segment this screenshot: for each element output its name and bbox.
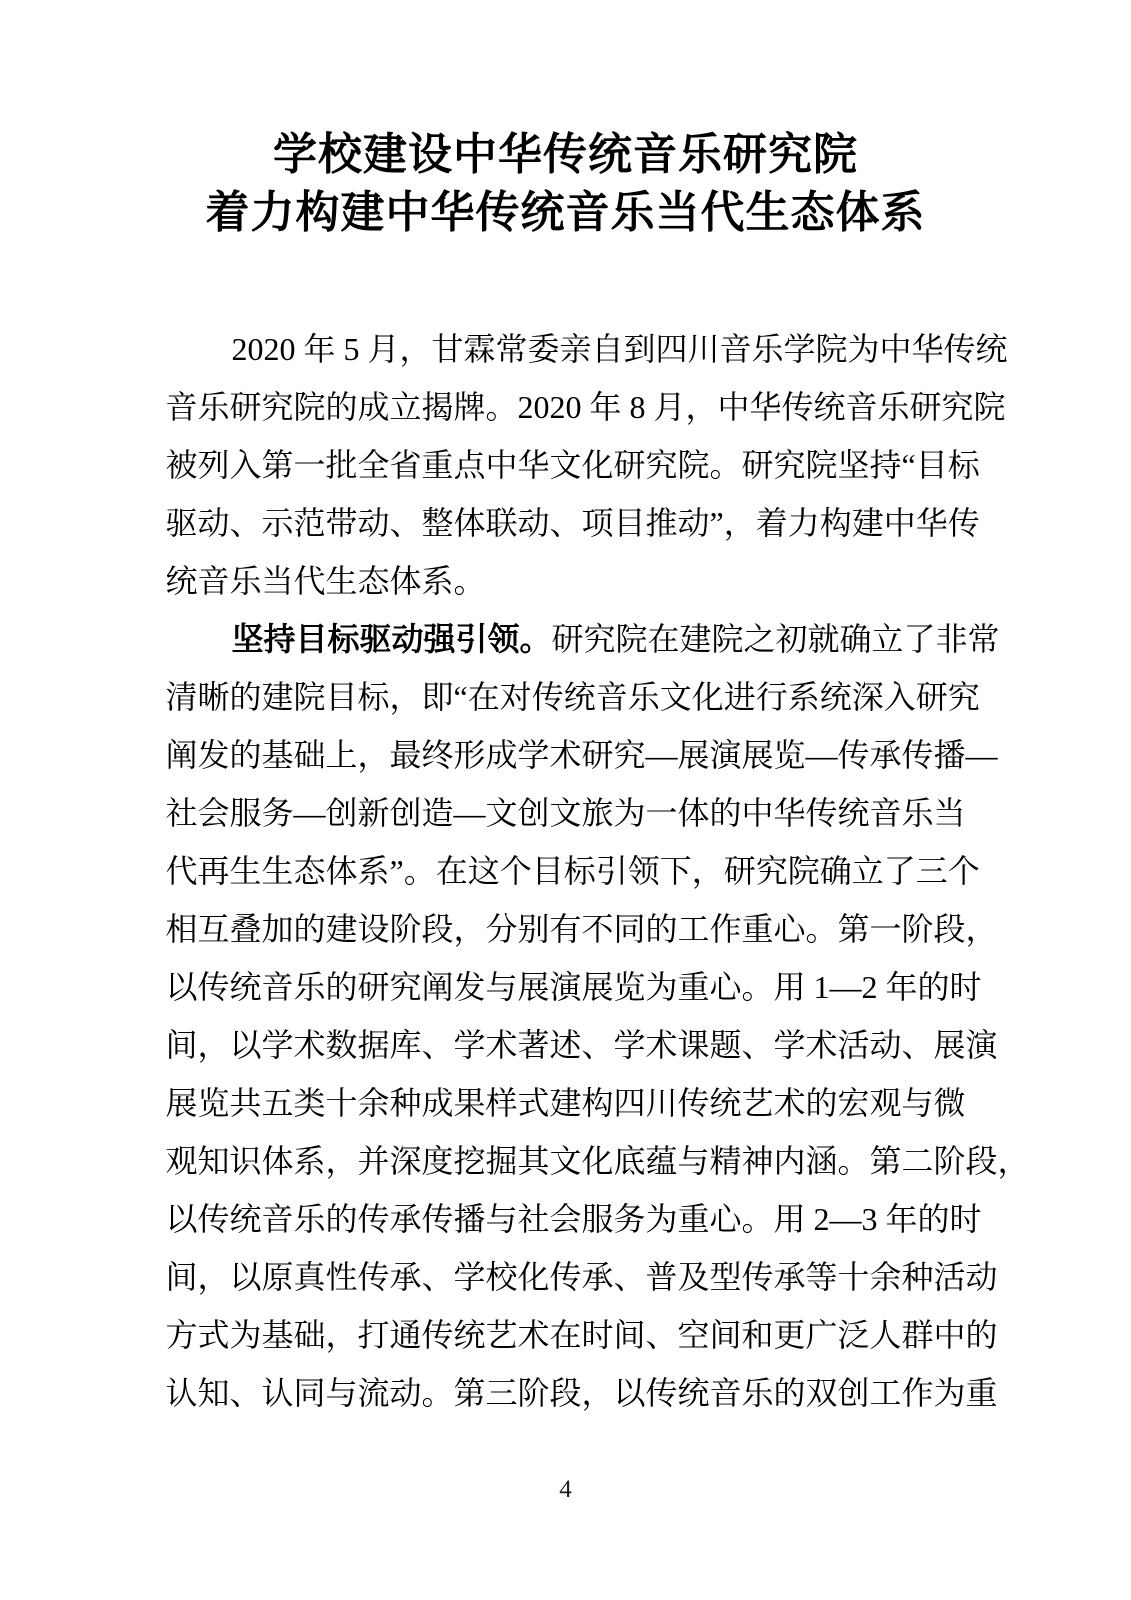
body-line: 观知识体系，并深度挖掘其文化底蕴与精神内涵。第二阶段， — [166, 1132, 966, 1190]
paragraph-lead-bold: 坚持目标驱动强引领。 — [232, 621, 552, 657]
body-line-text: 代再生生态体系”。在这个目标引领下，研究院确立了三个 — [166, 853, 980, 889]
body-line-text: 音乐研究院的成立揭牌。2020 年 8 月，中华传统音乐研究院 — [166, 389, 1006, 425]
body-line-text: 以传统音乐的研究阐发与展演展览为重心。用 1—2 年的时 — [166, 969, 982, 1005]
body-line-text: 2020 年 5 月，甘霖常委亲自到四川音乐学院为中华传统 — [232, 331, 1008, 367]
body-line: 以传统音乐的研究阐发与展演展览为重心。用 1—2 年的时 — [166, 958, 966, 1016]
body-line: 清晰的建院目标，即“在对传统音乐文化进行系统深入研究 — [166, 668, 966, 726]
body-line-text: 认知、认同与流动。第三阶段，以传统音乐的双创工作为重 — [166, 1375, 998, 1411]
body-line-text: 研究院在建院之初就确立了非常 — [552, 621, 1000, 657]
body-line-text: 方式为基础，打通传统艺术在时间、空间和更广泛人群中的 — [166, 1317, 998, 1353]
body-line-text: 以传统音乐的传承传播与社会服务为重心。用 2—3 年的时 — [166, 1201, 982, 1237]
body-line: 方式为基础，打通传统艺术在时间、空间和更广泛人群中的 — [166, 1306, 966, 1364]
body-line: 统音乐当代生态体系。 — [166, 552, 966, 610]
document-page: 学校建设中华传统音乐研究院 着力构建中华传统音乐当代生态体系 2020 年 5 … — [0, 0, 1131, 1600]
body-line: 音乐研究院的成立揭牌。2020 年 8 月，中华传统音乐研究院 — [166, 378, 966, 436]
document-title-line1: 学校建设中华传统音乐研究院 — [0, 126, 1131, 184]
body-line: 间，以学术数据库、学术著述、学术课题、学术活动、展演 — [166, 1016, 966, 1074]
body-line: 阐发的基础上，最终形成学术研究—展演展览—传承传播— — [166, 726, 966, 784]
body-line-text: 间，以原真性传承、学校化传承、普及型传承等十余种活动 — [166, 1259, 998, 1295]
document-title-line2: 着力构建中华传统音乐当代生态体系 — [0, 184, 1131, 242]
body-line-text: 被列入第一批全省重点中华文化研究院。研究院坚持“目标 — [166, 447, 980, 483]
body-line-text: 间，以学术数据库、学术著述、学术课题、学术活动、展演 — [166, 1027, 998, 1063]
body-line: 坚持目标驱动强引领。研究院在建院之初就确立了非常 — [166, 610, 966, 668]
body-line: 以传统音乐的传承传播与社会服务为重心。用 2—3 年的时 — [166, 1190, 966, 1248]
body-line-text: 观知识体系，并深度挖掘其文化底蕴与精神内涵。第二阶段， — [166, 1143, 1030, 1179]
body-line-text: 相互叠加的建设阶段，分别有不同的工作重心。第一阶段， — [166, 911, 998, 947]
body-line: 展览共五类十余种成果样式建构四川传统艺术的宏观与微 — [166, 1074, 966, 1132]
body-line: 认知、认同与流动。第三阶段，以传统音乐的双创工作为重 — [166, 1364, 966, 1422]
body-line-text: 阐发的基础上，最终形成学术研究—展演展览—传承传播— — [166, 737, 998, 773]
body-line: 相互叠加的建设阶段，分别有不同的工作重心。第一阶段， — [166, 900, 966, 958]
body-line-text: 展览共五类十余种成果样式建构四川传统艺术的宏观与微 — [166, 1085, 966, 1121]
body-line-text: 清晰的建院目标，即“在对传统音乐文化进行系统深入研究 — [166, 679, 980, 715]
body-text: 2020 年 5 月，甘霖常委亲自到四川音乐学院为中华传统音乐研究院的成立揭牌。… — [166, 320, 966, 1422]
body-line-text: 驱动、示范带动、整体联动、项目推动”，着力构建中华传 — [166, 505, 980, 541]
body-line-text: 统音乐当代生态体系。 — [166, 563, 486, 599]
body-line: 间，以原真性传承、学校化传承、普及型传承等十余种活动 — [166, 1248, 966, 1306]
document-title: 学校建设中华传统音乐研究院 着力构建中华传统音乐当代生态体系 — [0, 0, 1131, 242]
body-line: 代再生生态体系”。在这个目标引领下，研究院确立了三个 — [166, 842, 966, 900]
body-line: 2020 年 5 月，甘霖常委亲自到四川音乐学院为中华传统 — [166, 320, 966, 378]
body-line: 社会服务—创新创造—文创文旅为一体的中华传统音乐当 — [166, 784, 966, 842]
body-line: 被列入第一批全省重点中华文化研究院。研究院坚持“目标 — [166, 436, 966, 494]
page-number: 4 — [0, 1476, 1131, 1504]
body-line: 驱动、示范带动、整体联动、项目推动”，着力构建中华传 — [166, 494, 966, 552]
body-line-text: 社会服务—创新创造—文创文旅为一体的中华传统音乐当 — [166, 795, 966, 831]
